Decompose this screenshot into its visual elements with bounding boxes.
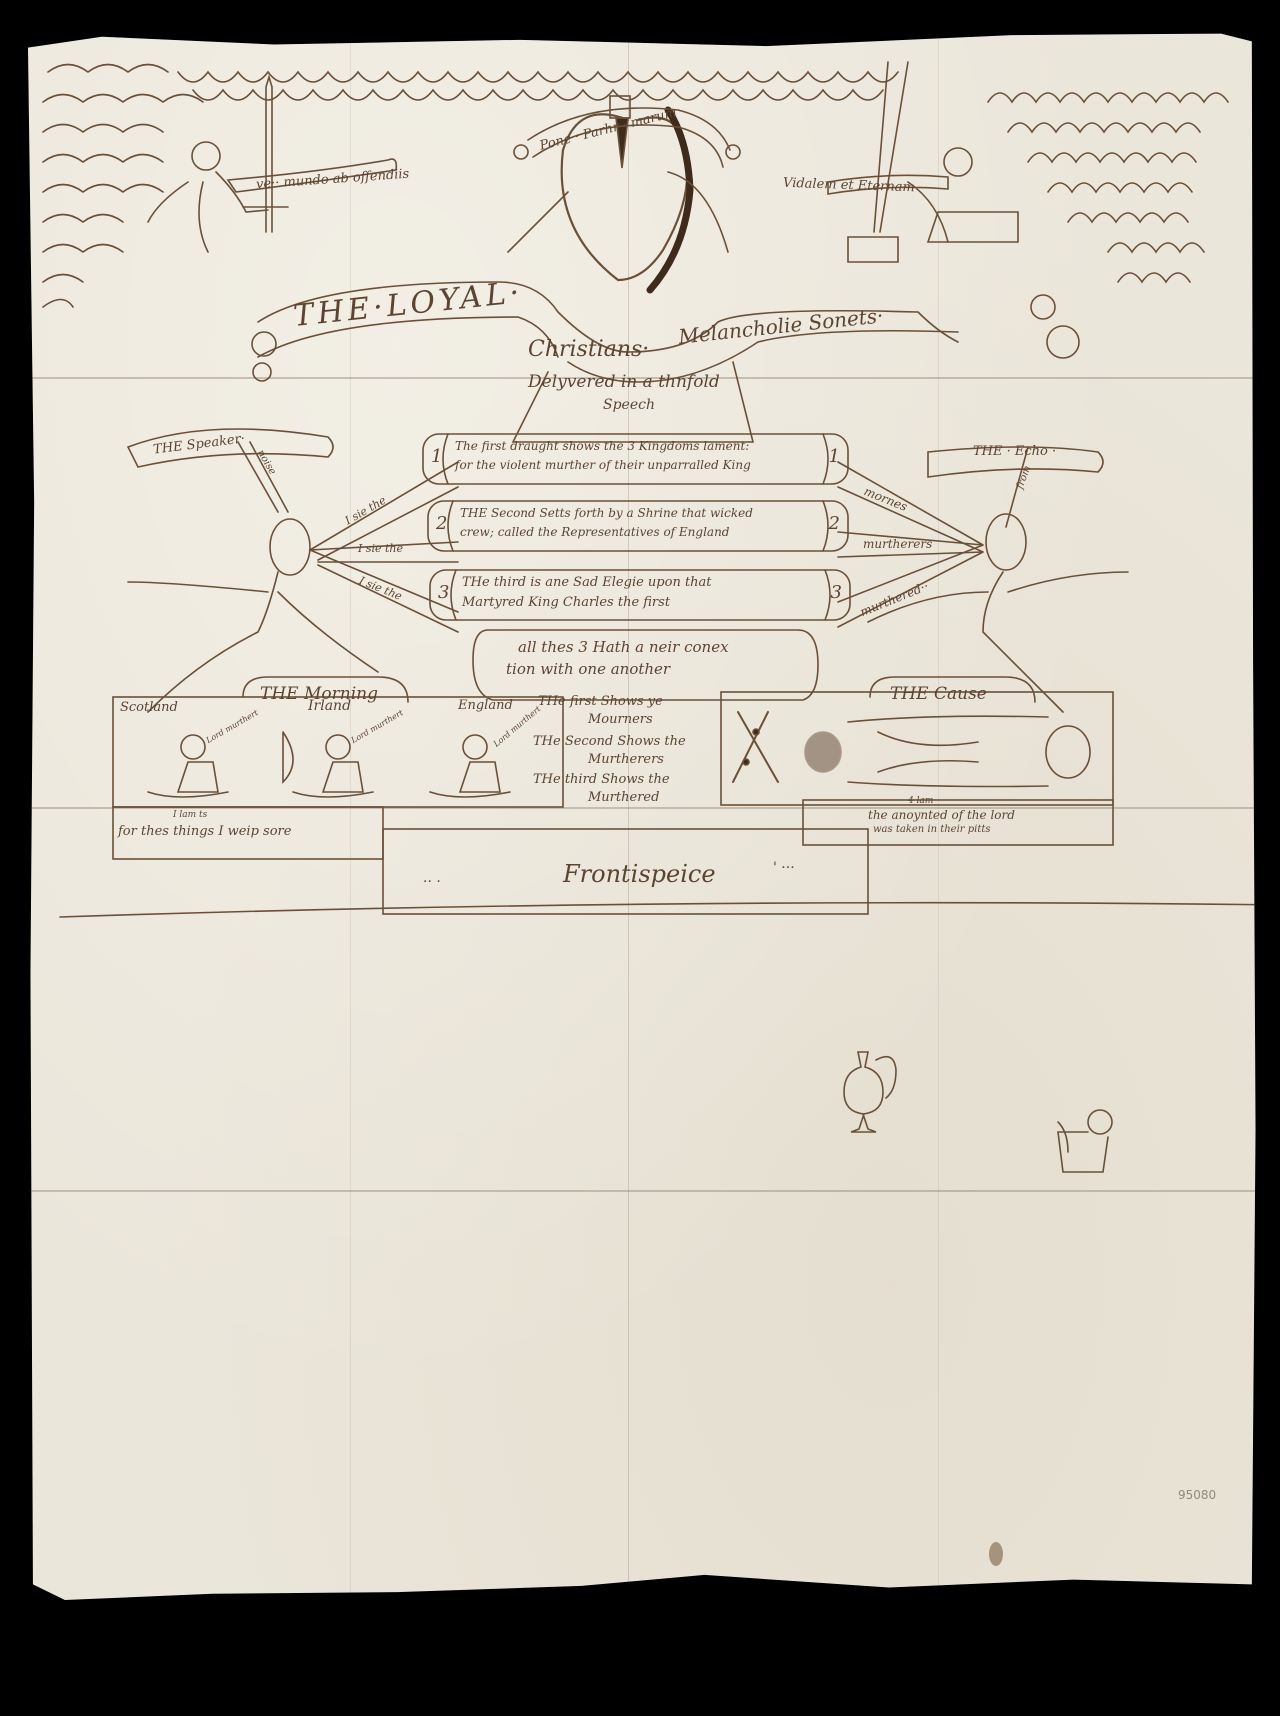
left-cloud-scribbles [43, 65, 203, 308]
subtitle-line-2: Speech [603, 397, 655, 413]
explanation-2-line-2: Murtherers [588, 752, 664, 767]
left-angel-with-sword [148, 77, 396, 252]
scroll-1-number-left: 1 [431, 446, 442, 467]
echo-banner-text: THE · Echo · [973, 444, 1056, 459]
right-angel-with-scales [828, 62, 1018, 262]
martyred-king-figure [733, 712, 1090, 787]
explanation-3-line-1: THe third Shows the [533, 772, 670, 787]
echo-angel [838, 447, 1128, 712]
accession-number: 95080 [1178, 1488, 1216, 1502]
right-cloud-scribbles [988, 93, 1228, 282]
connection-note-line-2: tion with one another [506, 660, 670, 678]
scroll-2-number-right: 2 [829, 513, 840, 534]
lament-right-box [803, 800, 1113, 845]
scroll-2: 2 2 THE Second Setts forth by a Shrine t… [428, 501, 848, 551]
cause-panel [721, 692, 1113, 805]
kingdom-scotland: Scotland [120, 700, 178, 715]
lament-right-line-2: was taken in their pitts [873, 824, 991, 835]
speaker-angel [128, 429, 458, 712]
frontispiece-dots-left: ·· · [423, 874, 441, 890]
explanation-3-line-2: Murthered [588, 790, 659, 805]
scroll-1-number-right: 1 [829, 446, 840, 467]
explanation-1-line-1: THe first Shows ye [538, 694, 663, 709]
scroll-3: 3 3 THe third is ane Sad Elegie upon tha… [430, 570, 850, 620]
scroll-1: 1 1 The first draught shows the 3 Kingdo… [423, 434, 848, 484]
frontispiece-rule [60, 903, 1258, 917]
small-angel-head-sketch [1058, 1110, 1112, 1172]
scroll-2-line-2: crew; called the Representatives of Engl… [460, 525, 730, 539]
manuscript-page: ve·· mundo ab offendiis Pone · Parhr · m… [28, 32, 1258, 1600]
scalloped-cloud-border [178, 72, 898, 100]
lament-right-line-1: the anoynted of the lord [868, 808, 1015, 822]
scroll-3-line-1: THe third is ane Sad Elegie upon that [462, 575, 712, 590]
ewer-sketch [844, 1052, 896, 1132]
scroll-2-line-1: THE Second Setts forth by a Shrine that … [460, 506, 753, 520]
title-line-2: Christians· [528, 337, 649, 362]
lament-right-superscript: 4 lam [908, 796, 933, 806]
kingdom-figures [148, 732, 510, 797]
scroll-3-line-2: Martyred King Charles the first [462, 595, 670, 610]
ink-drawings [28, 32, 1258, 1600]
scroll-2-number-left: 2 [436, 513, 447, 534]
cause-label: THE Cause [890, 684, 987, 704]
frontispiece-label: Frontispeice [563, 860, 716, 888]
speaker-ray-2: I sie the [358, 542, 403, 555]
kingdom-irland: Irland [308, 698, 351, 714]
scroll-3-number-right: 3 [831, 582, 842, 603]
scroll-3-number-left: 3 [438, 582, 449, 603]
connection-note-line-1: all thes 3 Hath a neir conex [518, 638, 729, 656]
lament-left-text: for thes things I weip sore [118, 824, 291, 839]
scroll-1-line-1: The first draught shows the 3 Kingdoms l… [455, 439, 749, 453]
kingdom-england: England [458, 698, 513, 713]
explanation-1-line-2: Mourners [588, 712, 653, 727]
lament-left-superscript: I lam ts [173, 810, 207, 820]
echo-ray-2: murtherers [863, 537, 932, 551]
subtitle-line-1: Delyvered in a thnfold [528, 372, 720, 392]
explanation-2-line-1: THe Second Shows the [533, 734, 686, 749]
frontispiece-dots-right: ' ··· [773, 860, 795, 876]
scroll-1-line-2: for the violent murther of their unparra… [455, 458, 751, 472]
